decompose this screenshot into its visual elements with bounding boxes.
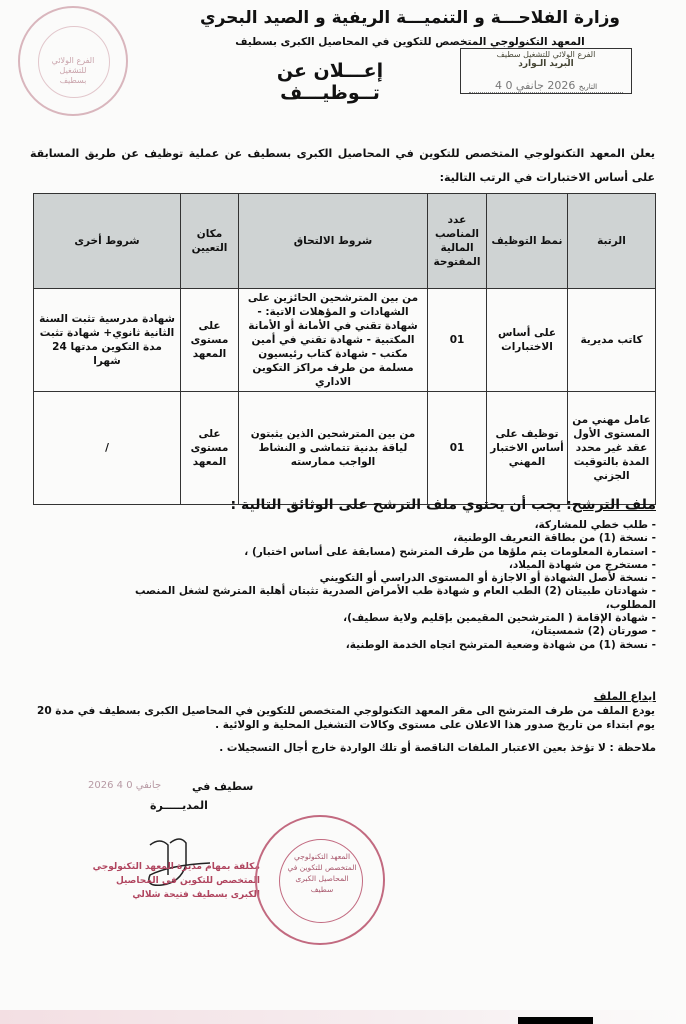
cell-grade: كاتب مديرية [568, 289, 656, 392]
header-conditions: شروط الالتحاق [239, 194, 428, 289]
cell-conditions: من بين المترشحين الحائزين على الشهادات و… [239, 289, 428, 392]
header-grade: الرتبة [568, 194, 656, 289]
application-file-intro: : يجب أن يحتوي ملف الترشح على الوثائق ال… [231, 497, 572, 513]
round-stamp-text: المعهد التكنولوجي المتخصص للتكوين في الم… [283, 851, 361, 895]
cell-location: على مستوى المعهد [181, 392, 239, 505]
application-file-label: ملف الترشح [572, 497, 656, 513]
institute-header: المعهد التكنولوجي المتخصص للتكوين في الم… [185, 36, 635, 48]
table-header-row: الرتبة نمط التوظيف عدد المناصب المالية ا… [34, 194, 656, 289]
cell-positions: 01 [428, 392, 487, 505]
stamp-text: الفرع الولائي للتشغيل بسطيف [20, 56, 126, 86]
received-stamp-date: التاريخ 2026 جانفي 0 4 [469, 79, 623, 93]
header-mode: نمط التوظيف [487, 194, 568, 289]
cell-mode: على أساس الاختبارات [487, 289, 568, 392]
list-item: - استمارة المعلومات يتم ملؤها من طرف الم… [116, 546, 656, 559]
list-item: - نسخة (1) من بطاقة التعريف الوطنية، [116, 532, 656, 545]
cell-location: على مستوى المعهد [181, 289, 239, 392]
signature-role: المديـــــرة [150, 799, 208, 812]
institute-round-stamp: المعهد التكنولوجي المتخصص للتكوين في الم… [255, 815, 385, 945]
header-other: شروط أخرى [34, 194, 181, 289]
list-item: - مستخرج من شهادة الميلاد، [116, 559, 656, 572]
cell-conditions: من بين المترشحين الذين يثبتون لياقة بدني… [239, 392, 428, 505]
table-row: عامل مهني من المستوى الأول عقد غير محدد … [34, 392, 656, 505]
cell-other: شهادة مدرسية تثبت السنة الثانية ثانوي+ ش… [34, 289, 181, 392]
received-date-value: 2026 جانفي 0 4 [495, 79, 575, 92]
cell-mode: توظيف على أساس الاختبار المهني [487, 392, 568, 505]
received-stamp-label: البريد الـوارد [461, 59, 631, 69]
table-row: كاتب مديرية على أساس الاختبارات 01 من بي… [34, 289, 656, 392]
director-stamp-text: مكلفة بمهام مديرة المعهد التكنولوجي المت… [85, 860, 260, 902]
note-paragraph: ملاحظة : لا تؤخذ بعين الاعتبار الملفات ا… [219, 742, 656, 754]
stamp-line: بسطيف [20, 76, 126, 86]
page-title: إعـــلان عن تــوظيـــف [230, 60, 430, 104]
cell-grade: عامل مهني من المستوى الأول عقد غير محدد … [568, 392, 656, 505]
received-mail-stamp: الفرع الولائي للتشغيل سطيف البريد الـوار… [460, 48, 632, 94]
required-documents-list: - طلب خطي للمشاركة، - نسخة (1) من بطاقة … [116, 519, 656, 652]
list-item: - طلب خطي للمشاركة، [116, 519, 656, 532]
positions-table: الرتبة نمط التوظيف عدد المناصب المالية ا… [33, 193, 656, 505]
received-date-label: التاريخ [579, 83, 597, 91]
application-file-heading: ملف الترشح: يجب أن يحتوي ملف الترشح على … [231, 497, 656, 513]
list-item: - شهادة الإقامة ( المترشحين المقيمين بإق… [116, 612, 656, 625]
stamp-line: للتشغيل [20, 66, 126, 76]
ministry-header: وزارة الفلاحـــة و التنميـــة الريفية و … [175, 8, 645, 28]
header-location: مكان التعيين [181, 194, 239, 289]
cell-other: / [34, 392, 181, 505]
signature-date-stamp: 2026 جانفي 0 4 [88, 780, 161, 791]
scan-black-mark [518, 1017, 593, 1024]
list-item: - نسخة (1) من شهادة وضعية المترشح اتجاه … [116, 639, 656, 652]
cell-positions: 01 [428, 289, 487, 392]
stamp-line: الفرع الولائي [20, 56, 126, 66]
signature-city: سطيف في [192, 780, 253, 793]
deposit-paragraph: يودع الملف من طرف المترشح الى مقر المعهد… [30, 704, 655, 732]
employment-agency-stamp: الفرع الولائي للتشغيل بسطيف [18, 6, 128, 116]
header-positions: عدد المناصب المالية المفتوحة [428, 194, 487, 289]
list-item: - نسخة لأصل الشهادة أو الاجازة أو المستو… [116, 572, 656, 585]
list-item: - شهادتان طبيتان (2) الطب العام و شهادة … [116, 585, 656, 612]
deposit-heading: ايداع الملف [594, 690, 656, 703]
list-item: - صورتان (2) شمسيتان، [116, 625, 656, 638]
intro-paragraph: يعلن المعهد التكنولوجي المتخصص للتكوين ف… [30, 142, 655, 190]
received-stamp-office: الفرع الولائي للتشغيل سطيف [461, 50, 631, 59]
